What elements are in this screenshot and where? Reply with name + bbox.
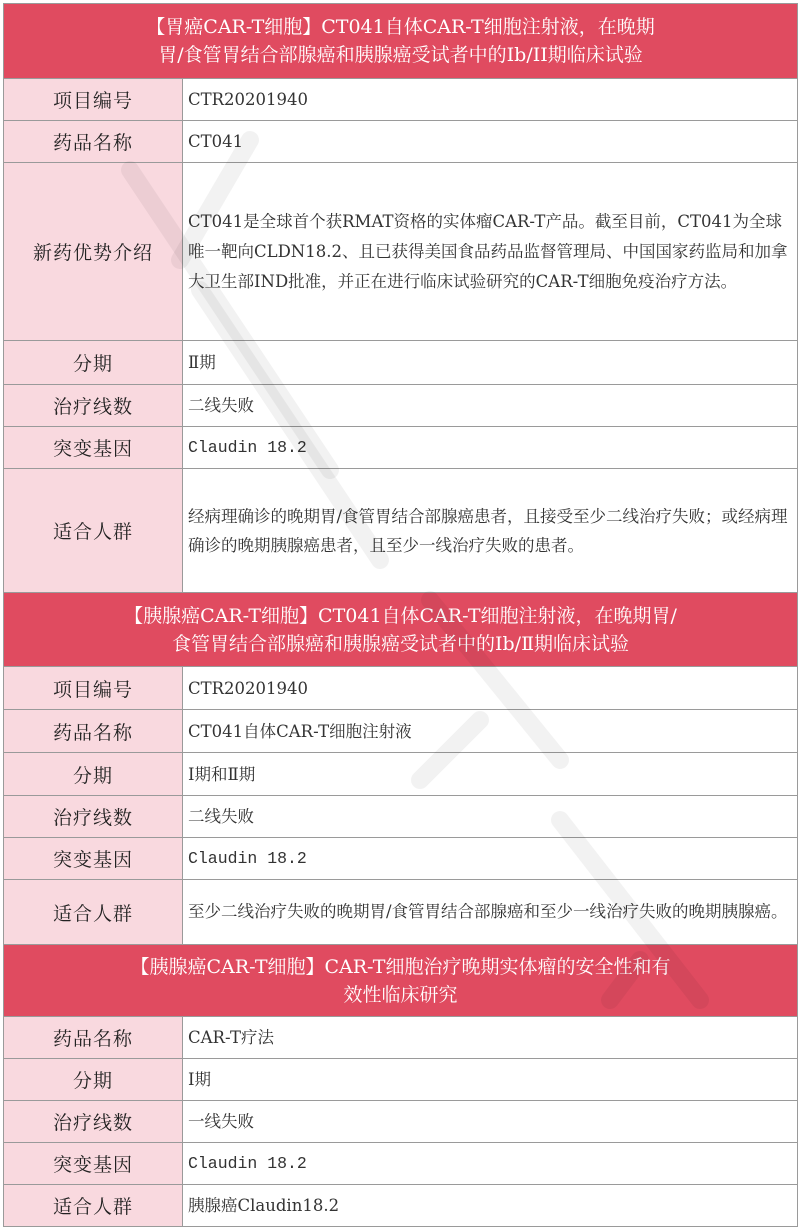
- row-value-eligible-population: 经病理确诊的晚期胃/食管胃结合部腺癌患者，且接受至少二线治疗失败；或经病理确诊的…: [183, 469, 797, 592]
- row-label-mutation-gene: 突变基因: [4, 1143, 183, 1184]
- clinical-trials-table: 【胃癌CAR-T细胞】CT041自体CAR-T细胞注射液，在晚期 胃/食管胃结合…: [3, 3, 798, 1227]
- row-label-mutation-gene: 突变基因: [4, 427, 183, 468]
- table-row: 分期 Ⅰ期和Ⅱ期: [4, 753, 797, 796]
- row-label-eligible-population: 适合人群: [4, 469, 183, 592]
- row-value-treatment-line: 一线失败: [183, 1101, 797, 1142]
- row-label-mutation-gene: 突变基因: [4, 838, 183, 879]
- trial-1-title-line-2: 胃/食管胃结合部腺癌和胰腺癌受试者中的Ⅰb/II期临床试验: [4, 41, 797, 69]
- row-value-treatment-line: 二线失败: [183, 385, 797, 426]
- table-row: 治疗线数 二线失败: [4, 796, 797, 838]
- trial-3-header: 【胰腺癌CAR-T细胞】CAR-T细胞治疗晚期实体瘤的安全性和有 效性临床研究: [4, 945, 797, 1017]
- row-label-project-id: 项目编号: [4, 667, 183, 709]
- table-row: 分期 Ⅱ期: [4, 341, 797, 385]
- row-value-mutation-gene: Claudin 18.2: [183, 1143, 797, 1184]
- table-row: 项目编号 CTR20201940: [4, 667, 797, 710]
- table-row: 药品名称 CT041: [4, 121, 797, 163]
- row-label-drug-name: 药品名称: [4, 1017, 183, 1058]
- row-label-drug-advantage: 新药优势介绍: [4, 163, 183, 340]
- trial-2-title-line-2: 食管胃结合部腺癌和胰腺癌受试者中的Ⅰb/Ⅱ期临床试验: [4, 630, 797, 658]
- table-row: 治疗线数 二线失败: [4, 385, 797, 427]
- row-label-phase: 分期: [4, 1059, 183, 1100]
- trial-2-header: 【胰腺癌CAR-T细胞】CT041自体CAR-T细胞注射液，在晚期胃/ 食管胃结…: [4, 593, 797, 667]
- table-row: 药品名称 CT041自体CAR-T细胞注射液: [4, 710, 797, 753]
- row-label-phase: 分期: [4, 341, 183, 384]
- row-label-phase: 分期: [4, 753, 183, 795]
- row-label-treatment-line: 治疗线数: [4, 1101, 183, 1142]
- table-row: 治疗线数 一线失败: [4, 1101, 797, 1143]
- row-label-drug-name: 药品名称: [4, 121, 183, 162]
- trial-3-title-line-2: 效性临床研究: [4, 981, 797, 1009]
- row-value-project-id: CTR20201940: [183, 667, 797, 709]
- trial-1-header: 【胃癌CAR-T细胞】CT041自体CAR-T细胞注射液，在晚期 胃/食管胃结合…: [4, 4, 797, 79]
- row-value-eligible-population: 至少二线治疗失败的晚期胃/食管胃结合部腺癌和至少一线治疗失败的晚期胰腺癌。: [183, 880, 797, 944]
- table-row: 药品名称 CAR-T疗法: [4, 1017, 797, 1059]
- row-label-project-id: 项目编号: [4, 79, 183, 120]
- table-row: 分期 Ⅰ期: [4, 1059, 797, 1101]
- row-value-phase: Ⅰ期和Ⅱ期: [183, 753, 797, 795]
- row-value-project-id: CTR20201940: [183, 79, 797, 120]
- row-value-phase: Ⅰ期: [183, 1059, 797, 1100]
- table-row: 突变基因 Claudin 18.2: [4, 427, 797, 469]
- trial-3-title-line-1: 【胰腺癌CAR-T细胞】CAR-T细胞治疗晚期实体瘤的安全性和有: [4, 953, 797, 981]
- row-value-mutation-gene: Claudin 18.2: [183, 427, 797, 468]
- row-value-drug-advantage: CT041是全球首个获RMAT资格的实体瘤CAR-T产品。截至目前，CT041为…: [183, 163, 797, 340]
- table-row: 新药优势介绍 CT041是全球首个获RMAT资格的实体瘤CAR-T产品。截至目前…: [4, 163, 797, 341]
- trial-2-title-line-1: 【胰腺癌CAR-T细胞】CT041自体CAR-T细胞注射液，在晚期胃/: [4, 602, 797, 630]
- row-value-mutation-gene: Claudin 18.2: [183, 838, 797, 879]
- row-value-drug-name: CAR-T疗法: [183, 1017, 797, 1058]
- table-row: 适合人群 经病理确诊的晚期胃/食管胃结合部腺癌患者，且接受至少二线治疗失败；或经…: [4, 469, 797, 593]
- row-value-eligible-population: 胰腺癌Claudin18.2: [183, 1185, 797, 1226]
- row-value-treatment-line: 二线失败: [183, 796, 797, 837]
- row-label-treatment-line: 治疗线数: [4, 385, 183, 426]
- row-label-eligible-population: 适合人群: [4, 880, 183, 944]
- row-label-drug-name: 药品名称: [4, 710, 183, 752]
- row-value-drug-name: CT041自体CAR-T细胞注射液: [183, 710, 797, 752]
- table-row: 适合人群 至少二线治疗失败的晚期胃/食管胃结合部腺癌和至少一线治疗失败的晚期胰腺…: [4, 880, 797, 945]
- trial-1-title-line-1: 【胃癌CAR-T细胞】CT041自体CAR-T细胞注射液，在晚期: [4, 13, 797, 41]
- row-value-phase: Ⅱ期: [183, 341, 797, 384]
- row-value-drug-name: CT041: [183, 121, 797, 162]
- table-row: 突变基因 Claudin 18.2: [4, 838, 797, 880]
- table-row: 适合人群 胰腺癌Claudin18.2: [4, 1185, 797, 1227]
- row-label-treatment-line: 治疗线数: [4, 796, 183, 837]
- row-label-eligible-population: 适合人群: [4, 1185, 183, 1226]
- table-row: 突变基因 Claudin 18.2: [4, 1143, 797, 1185]
- table-row: 项目编号 CTR20201940: [4, 79, 797, 121]
